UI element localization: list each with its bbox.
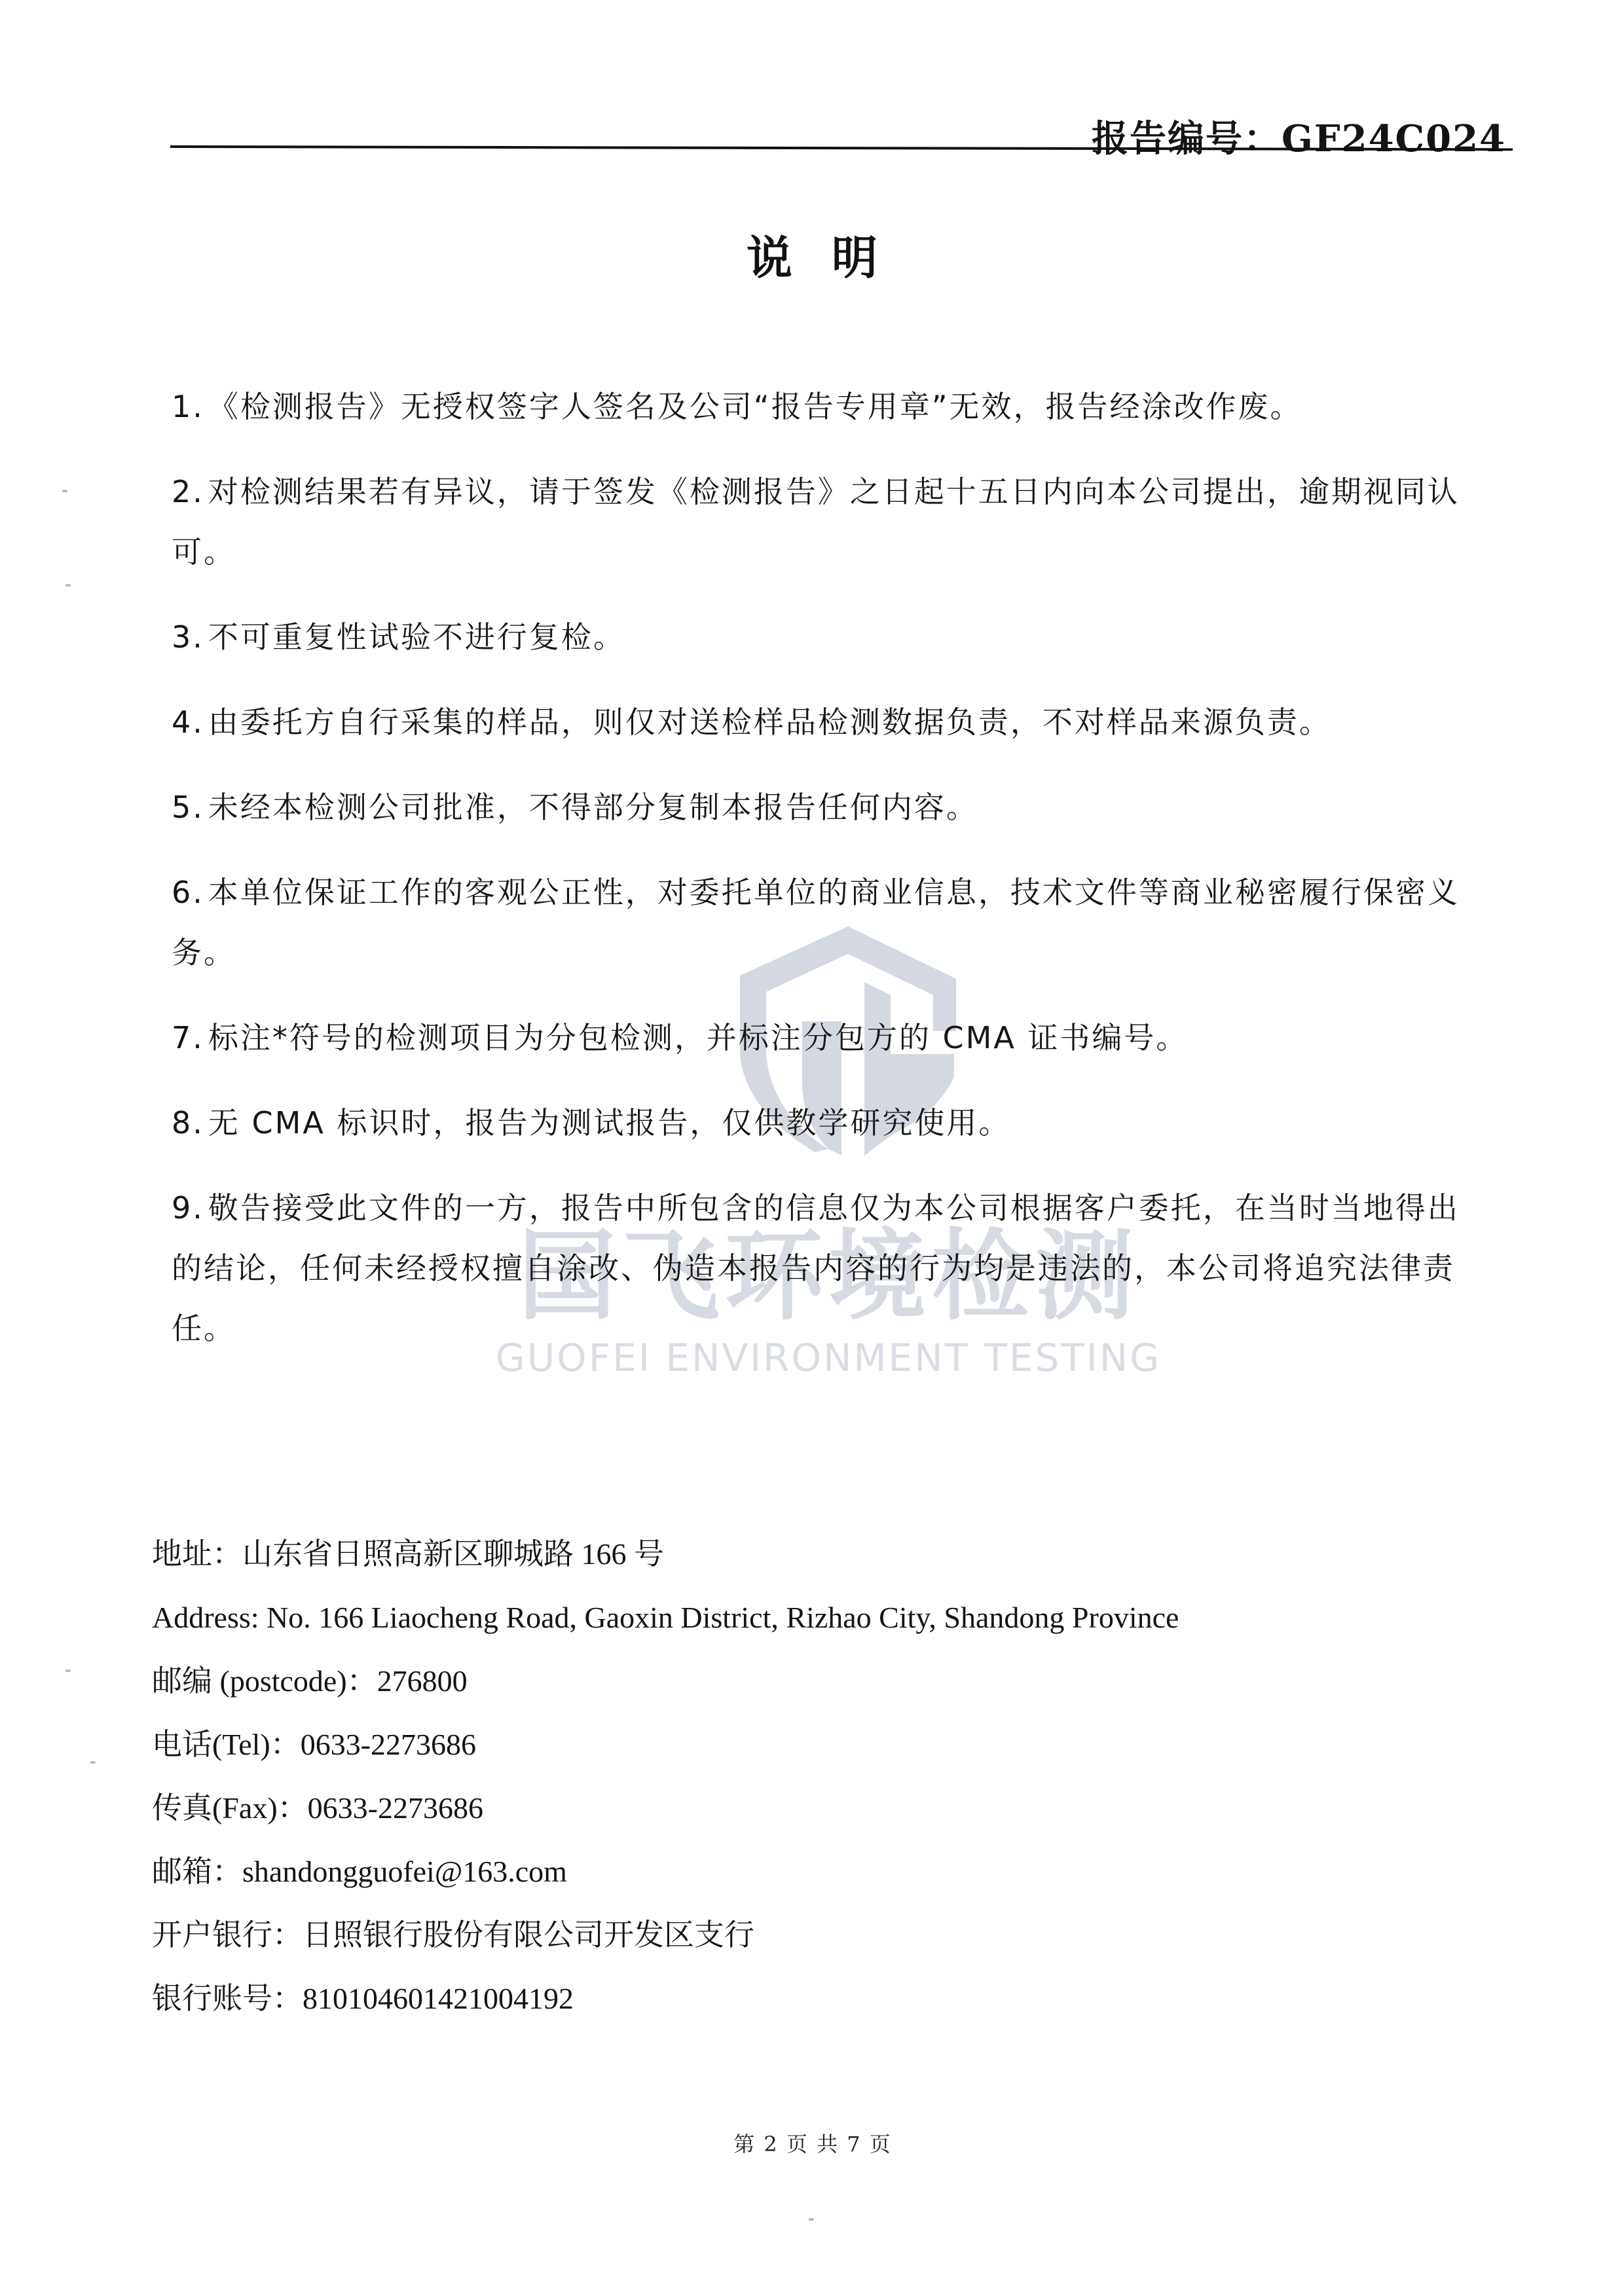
scan-speck <box>90 1761 96 1764</box>
address-cn: 地址：山东省日照高新区聊城路 166 号 <box>152 1522 1396 1586</box>
document-page: 国飞环境检测 GUOFEI ENVIRONMENT TESTING 报告编号：G… <box>0 0 1624 2296</box>
bank-account: 银行账号：810104601421004192 <box>152 1967 1396 2030</box>
note-number: 6. <box>172 875 204 910</box>
page-indicator: 第 2 页 共 7 页 <box>0 2128 1624 2158</box>
note-item: 9.敬告接受此文件的一方，报告中所包含的信息仅为本公司根据客户委托，在当时当地得… <box>172 1178 1481 1358</box>
contact-info: 地址：山东省日照高新区聊城路 166 号 Address: No. 166 Li… <box>152 1522 1396 2030</box>
note-number: 9. <box>172 1190 204 1226</box>
note-text: 未经本检测公司批准，不得部分复制本报告任何内容。 <box>208 790 978 825</box>
report-number-label: 报告编号： <box>1092 117 1282 160</box>
note-text: 对检测结果若有异议，请于签发《检测报告》之日起十五日内向本公司提出，逾期视同认可… <box>172 474 1460 570</box>
note-item: 6.本单位保证工作的客观公正性，对委托单位的商业信息，技术文件等商业秘密履行保密… <box>172 862 1481 983</box>
note-number: 1. <box>172 389 204 424</box>
scan-speck <box>62 490 67 492</box>
bank-name: 开户银行：日照银行股份有限公司开发区支行 <box>152 1903 1396 1967</box>
note-number: 3. <box>172 619 204 655</box>
note-text: 敬告接受此文件的一方，报告中所包含的信息仅为本公司根据客户委托，在当时当地得出的… <box>172 1190 1460 1346</box>
note-item: 3.不可重复性试验不进行复检。 <box>172 607 1481 667</box>
scan-speck <box>809 2218 814 2221</box>
note-number: 8. <box>172 1105 204 1140</box>
telephone: 电话(Tel)：0633-2273686 <box>152 1713 1396 1776</box>
note-number: 4. <box>172 704 204 740</box>
note-text: 本单位保证工作的客观公正性，对委托单位的商业信息，技术文件等商业秘密履行保密义务… <box>172 875 1460 970</box>
note-item: 5.未经本检测公司批准，不得部分复制本报告任何内容。 <box>172 777 1481 837</box>
note-number: 5. <box>172 790 204 825</box>
postcode: 邮编 (postcode)：276800 <box>152 1649 1396 1713</box>
address-en: Address: No. 166 Liaocheng Road, Gaoxin … <box>152 1586 1396 1649</box>
note-text: 无 CMA 标识时，报告为测试报告，仅供教学研究使用。 <box>208 1105 1011 1140</box>
scan-speck <box>65 584 71 587</box>
note-item: 4.由委托方自行采集的样品，则仅对送检样品检测数据负责，不对样品来源负责。 <box>172 692 1481 752</box>
note-text: 《检测报告》无授权签字人签名及公司“报告专用章”无效，报告经涂改作废。 <box>208 389 1302 424</box>
notes-list: 1.《检测报告》无授权签字人签名及公司“报告专用章”无效，报告经涂改作废。 2.… <box>172 376 1481 1383</box>
note-number: 2. <box>172 474 204 509</box>
page-title: 说明 <box>0 221 1624 287</box>
fax: 传真(Fax)：0633-2273686 <box>152 1776 1396 1840</box>
note-item: 2.对检测结果若有异议，请于签发《检测报告》之日起十五日内向本公司提出，逾期视同… <box>172 462 1481 582</box>
email: 邮箱：shandongguofei@163.com <box>152 1840 1396 1903</box>
report-number-value: GF24C024 <box>1282 117 1506 160</box>
note-item: 7.标注*符号的检测项目为分包检测，并标注分包方的 CMA 证书编号。 <box>172 1008 1481 1068</box>
note-item: 1.《检测报告》无授权签字人签名及公司“报告专用章”无效，报告经涂改作废。 <box>172 376 1481 437</box>
note-number: 7. <box>172 1020 204 1055</box>
note-text: 由委托方自行采集的样品，则仅对送检样品检测数据负责，不对样品来源负责。 <box>208 704 1331 740</box>
note-text: 不可重复性试验不进行复检。 <box>208 619 625 655</box>
note-item: 8.无 CMA 标识时，报告为测试报告，仅供教学研究使用。 <box>172 1093 1481 1153</box>
report-number: 报告编号：GF24C024 <box>1092 110 1506 162</box>
note-text: 标注*符号的检测项目为分包检测，并标注分包方的 CMA 证书编号。 <box>208 1020 1189 1055</box>
scan-speck <box>65 1669 71 1672</box>
